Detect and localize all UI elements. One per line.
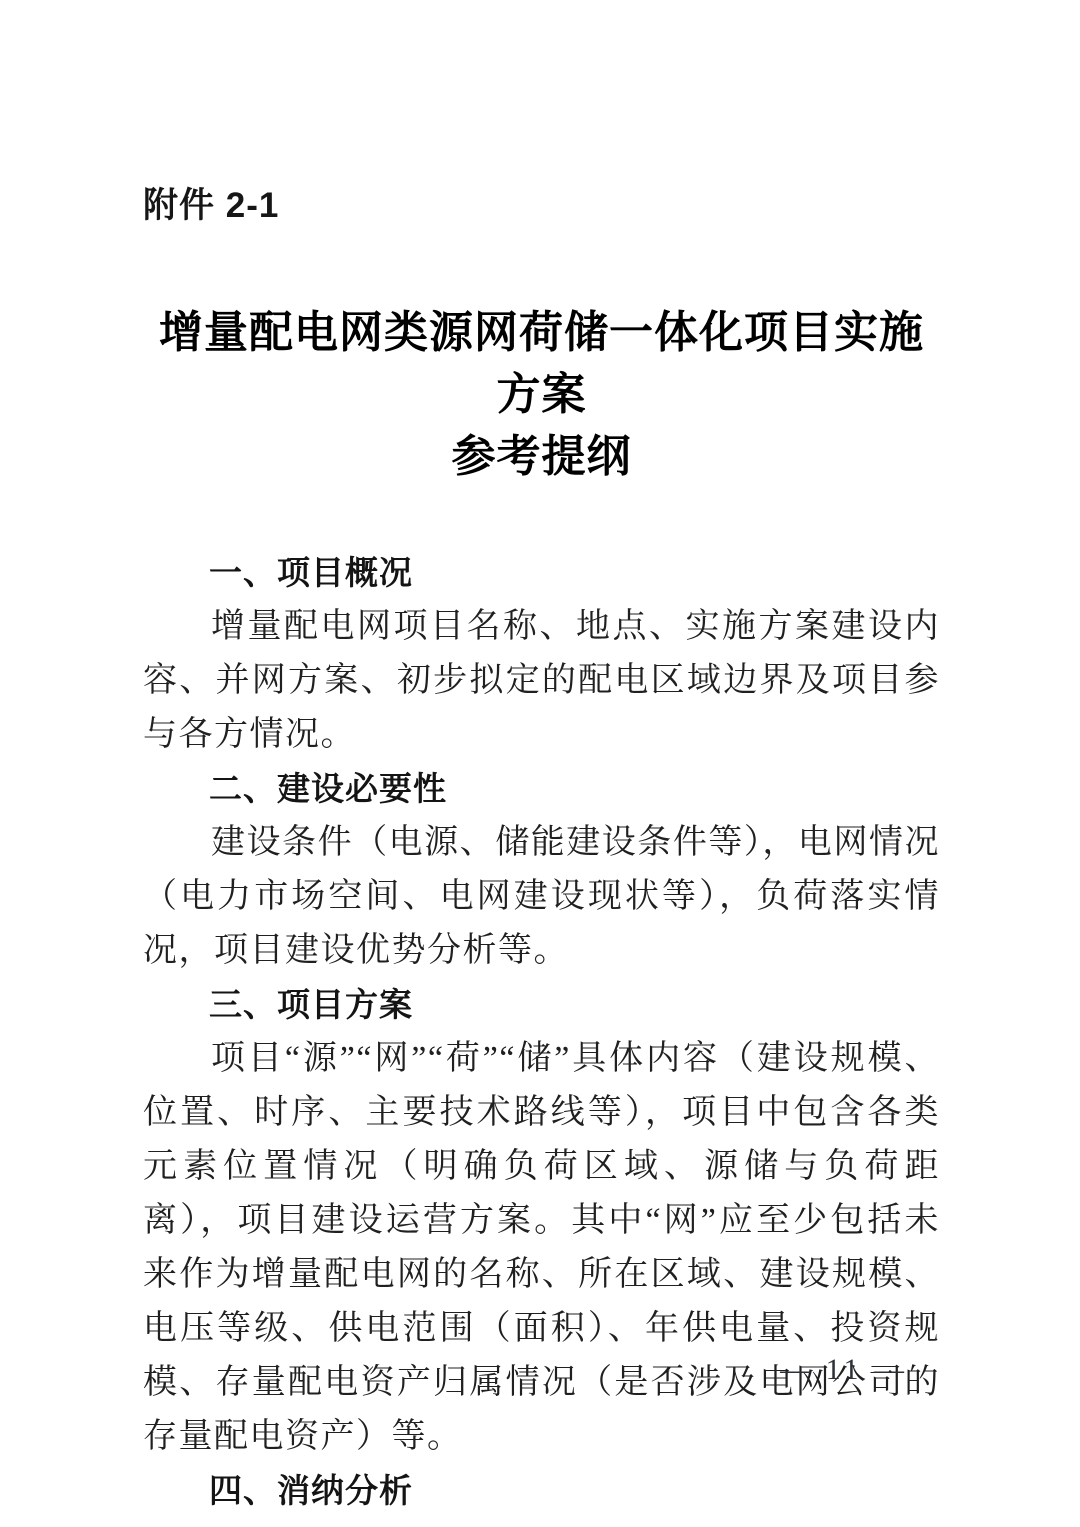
document-title-line-1: 增量配电网类源网荷储一体化项目实施方案 — [143, 302, 940, 426]
document-title-line-2: 参考提纲 — [143, 426, 940, 488]
section-heading-2: 二、建设必要性 — [143, 762, 940, 816]
section-paragraph-2: 建设条件（电源、储能建设条件等），电网情况（电力市场空间、电网建设现状等），负荷… — [143, 816, 940, 978]
section-paragraph-3: 项目“源”“网”“荷”“储”具体内容（建设规模、位置、时序、主要技术路线等），项… — [143, 1032, 940, 1464]
section-construction-necessity: 二、建设必要性 建设条件（电源、储能建设条件等），电网情况（电力市场空间、电网建… — [143, 762, 940, 978]
page-number: — 11 — — [780, 1352, 908, 1388]
document-page: 附件 2-1 增量配电网类源网荷储一体化项目实施方案 参考提纲 一、项目概况 增… — [0, 0, 1080, 1527]
section-consumption-analysis: 四、消纳分析 — [143, 1464, 940, 1518]
section-heading-1: 一、项目概况 — [143, 546, 940, 600]
section-heading-3: 三、项目方案 — [143, 978, 940, 1032]
section-project-plan: 三、项目方案 项目“源”“网”“荷”“储”具体内容（建设规模、位置、时序、主要技… — [143, 978, 940, 1464]
section-heading-4: 四、消纳分析 — [143, 1464, 940, 1518]
section-paragraph-1: 增量配电网项目名称、地点、实施方案建设内容、并网方案、初步拟定的配电区域边界及项… — [143, 600, 940, 762]
attachment-label: 附件 2-1 — [143, 186, 940, 226]
document-title: 增量配电网类源网荷储一体化项目实施方案 参考提纲 — [143, 302, 940, 488]
section-project-overview: 一、项目概况 增量配电网项目名称、地点、实施方案建设内容、并网方案、初步拟定的配… — [143, 546, 940, 762]
